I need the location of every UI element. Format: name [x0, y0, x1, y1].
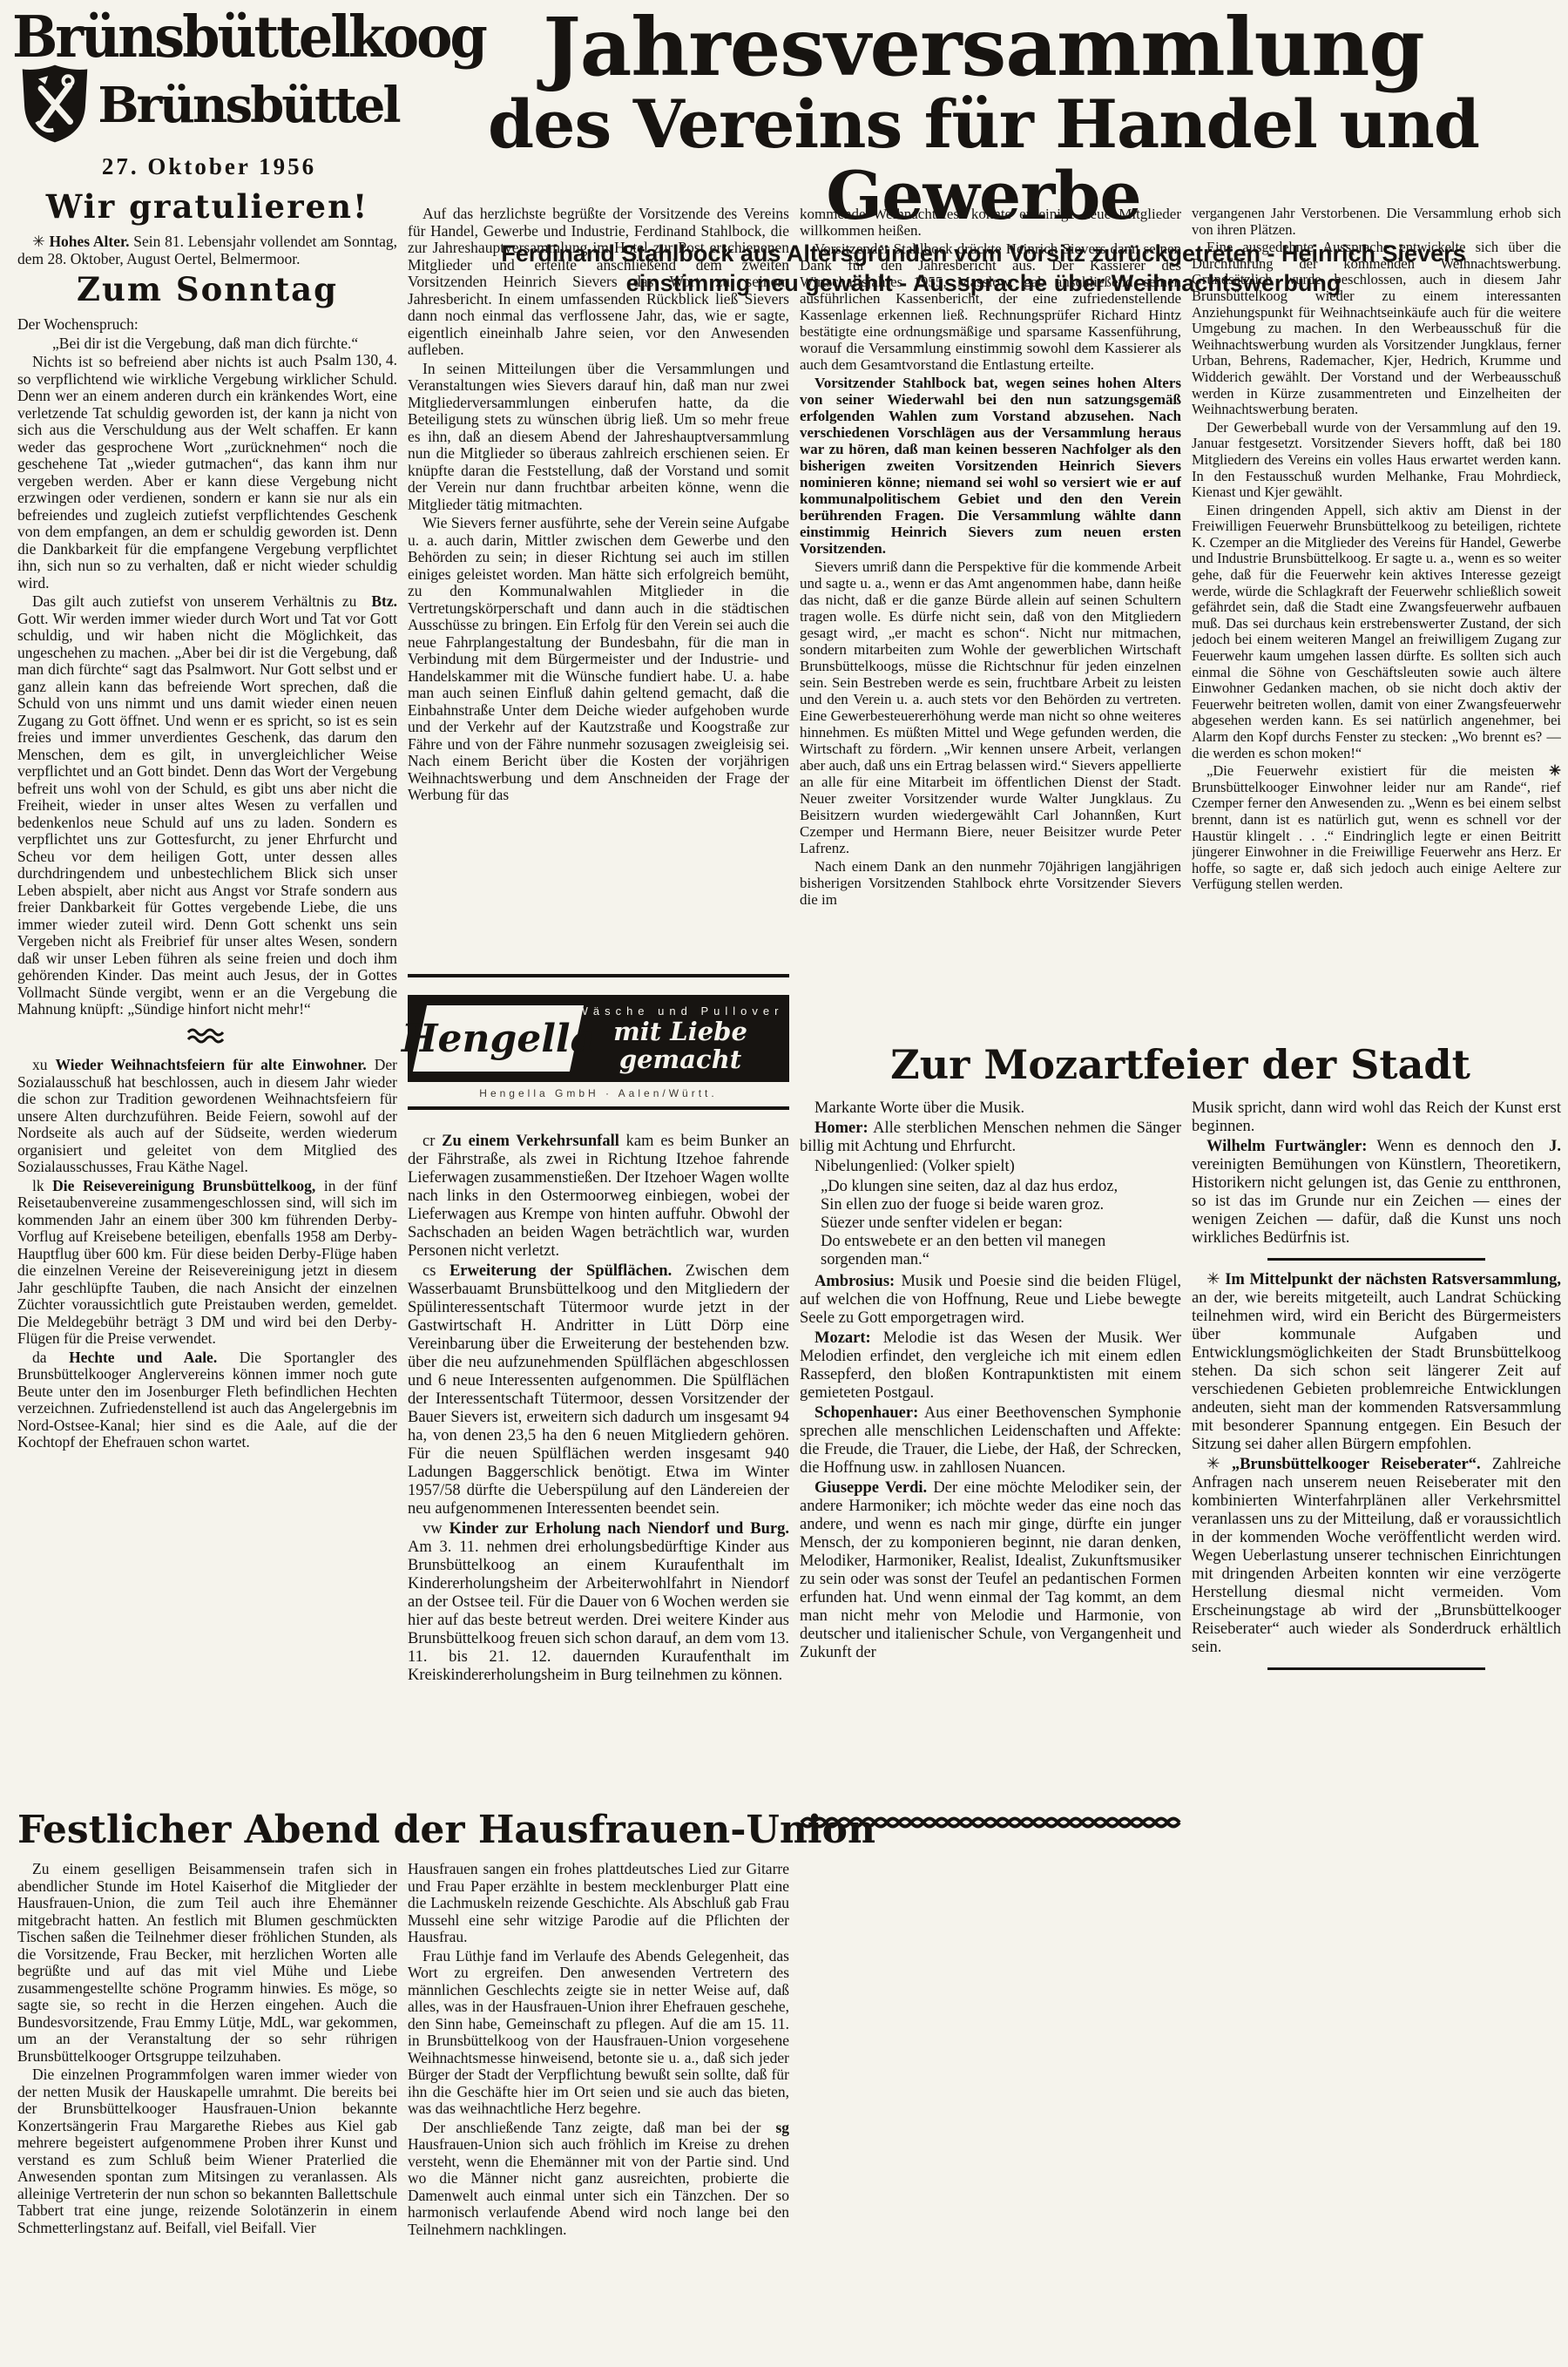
paragraph: Sievers umriß dann die Perspektive für d…: [800, 558, 1181, 856]
paragraph: Einen dringenden Appell, sich aktiv am D…: [1192, 503, 1561, 762]
short-rule: [1267, 1258, 1485, 1261]
paragraph-text: Frau Lüthje fand im Verlaufe des Abends …: [408, 1947, 789, 2118]
paragraph-text: Vorsitzender Stahlbock bat, wegen seines…: [800, 375, 1181, 557]
paragraph: Homer: Alle sterblichen Menschen nehmen …: [800, 1119, 1181, 1156]
item-marker-icon: xu: [32, 1056, 48, 1073]
paragraph: In seinen Mitteilungen über die Versamml…: [408, 361, 789, 514]
paragraph: Frau Lüthje fand im Verlaufe des Abends …: [408, 1948, 789, 2118]
verse-line: Do entswebete er an den betten vil maneg…: [821, 1233, 1181, 1251]
item-lead: „Brunsbüttelkooger Reiseberater“.: [1232, 1456, 1481, 1473]
paragraph-text: vergangenen Jahr Verstorbenen. Die Versa…: [1192, 206, 1561, 238]
paragraph-text: Hausfrauen sangen ein frohes plattdeutsc…: [408, 1861, 789, 1945]
paragraph-text: Der anschließende Tanz zeigte, daß man b…: [408, 2119, 789, 2238]
paragraph: da Hechte und Aale. Die Sportangler des …: [17, 1349, 397, 1451]
paragraph: Vorsitzender Stahlbock drückte Heinrich …: [800, 240, 1181, 373]
paragraph: Auf das herzlichste begrüßte der Vorsitz…: [408, 206, 789, 359]
paragraph: cs Erweiterung der Spülflächen. Zwischen…: [408, 1262, 789, 1518]
paragraph: ✳„Die Feuerwehr existiert für die meiste…: [1192, 763, 1561, 893]
paragraph-text: Auf das herzlichste begrüßte der Vorsitz…: [408, 206, 789, 358]
paragraph: xu Wieder Weihnachtsfeiern für alte Einw…: [17, 1057, 397, 1176]
verse-line: Sin ellen zuo der fuoge si beide waren g…: [821, 1196, 1181, 1214]
paragraph: Eine ausgedehnte Aussprache entwickelte …: [1192, 240, 1561, 418]
ad-imprint: Hengella GmbH · Aalen/Württ.: [408, 1087, 789, 1099]
item-marker-icon: ✳: [1206, 1456, 1220, 1473]
paragraph-text: Zwischen dem Wasserbauamt Brunsbüttelkoo…: [408, 1262, 789, 1518]
bottom-section-heading: Festlicher Abend der Hausfrauen-Union: [17, 1809, 789, 1852]
verse-line: „Do klungen sine seiten, daz al daz hus …: [821, 1178, 1181, 1196]
ad-box: Hengella Wäsche und Pullover mit Liebe g…: [408, 995, 789, 1082]
paragraph-text: Das gilt auch zutiefst von unserem Verhä…: [17, 592, 397, 1018]
item-lead: Hohes Alter.: [49, 233, 129, 250]
paragraph: Nach einem Dank an den nunmehr 70jährige…: [800, 858, 1181, 908]
quote-attribution: Psalm 130, 4.: [308, 352, 397, 369]
paragraph-text: in der fünf Reisetaubenvereine zusammeng…: [17, 1177, 397, 1348]
paragraph: Ambrosius: Musik und Poesie sind die bei…: [800, 1273, 1181, 1328]
signature: ✳: [1534, 763, 1561, 780]
column-3-upper: kommende Weihnachtsfest konnte er einige…: [800, 206, 1181, 1044]
paragraph-text: Nach einem Dank an den nunmehr 70jährige…: [800, 858, 1181, 908]
paragraph: Giuseppe Verdi. Der eine möchte Melodike…: [800, 1479, 1181, 1662]
paragraph: Der Wochenspruch:: [17, 316, 397, 334]
masthead-title-line2: Brünsbüttel: [98, 77, 398, 134]
paragraph: vergangenen Jahr Verstorbenen. Die Versa…: [1192, 206, 1561, 238]
bottom-column-left: Zu einem geselligen Beisammensein trafen…: [17, 1861, 397, 2364]
column-heading: Wir gratulieren!: [17, 188, 397, 225]
item-marker-icon: ✳: [1206, 1271, 1220, 1288]
paragraph: Hausfrauen sangen ein frohes plattdeutsc…: [408, 1861, 789, 1946]
masthead-title-line1: Brünsbüttelkoog: [12, 9, 406, 65]
item-lead: Die Reisevereinigung Brunsbüttelkoog,: [52, 1177, 315, 1194]
item-lead: Giuseppe Verdi.: [814, 1479, 927, 1497]
column-2-upper: Auf das herzlichste begrüßte der Vorsitz…: [408, 206, 789, 979]
item-lead: Wilhelm Furtwängler:: [1206, 1138, 1367, 1155]
paragraph-text: Zu einem geselligen Beisammensein trafen…: [17, 1861, 397, 2065]
paragraph: lk Die Reisevereinigung Brunsbüttelkoog,…: [17, 1178, 397, 1348]
paragraph-text: Sievers umriß dann die Perspektive für d…: [800, 558, 1181, 856]
ad-brand-panel: Hengella: [413, 1005, 584, 1072]
signature: Btz.: [356, 593, 397, 611]
column-4-upper: vergangenen Jahr Verstorbenen. Die Versa…: [1192, 206, 1561, 1042]
paragraph: Musik spricht, dann wird wohl das Reich …: [1192, 1099, 1561, 1136]
item-lead: Schopenhauer:: [814, 1404, 918, 1422]
signature: sg: [760, 2120, 789, 2137]
item-lead: Erweiterung der Spülflächen.: [449, 1262, 672, 1280]
verse-line: Süezer unde senfter videlen er began:: [821, 1214, 1181, 1233]
paragraph-text: Nibelungenlied: (Volker spielt): [814, 1158, 1015, 1175]
paragraph-text: Nichts ist so befreiend aber nichts ist …: [17, 353, 397, 592]
paragraph: Wilhelm Furtwängler: J.Wenn es dennoch d…: [1192, 1138, 1561, 1248]
quote-text: „Bei dir ist die Vergebung, daß man dich…: [52, 335, 358, 352]
ad-rule-top: [408, 974, 789, 977]
paragraph-text: Am 3. 11. nehmen drei erholungsbedürftig…: [408, 1539, 789, 1684]
newspaper-page: Brünsbüttelkoog Brünsbüttel 27. Oktober …: [0, 0, 1568, 2367]
verse-line: sorgenden man.“: [821, 1251, 1181, 1269]
masthead: Brünsbüttelkoog Brünsbüttel 27. Oktober …: [12, 10, 406, 185]
paragraph: ✳ „Brunsbüttelkooger Reiseberater“. Zahl…: [1192, 1456, 1561, 1657]
verse: „Do klungen sine seiten, daz al daz hus …: [821, 1178, 1181, 1269]
crest-anchor-spade-icon: [19, 64, 91, 148]
mozart-section-heading: Zur Mozartfeier der Stadt: [800, 1042, 1561, 1087]
paragraph: ✳ Hohes Alter. Sein 81. Lebensjahr volle…: [17, 233, 397, 267]
paragraph: Mozart: Melodie ist das Wesen der Musik.…: [800, 1329, 1181, 1403]
paragraph-text: Der Sozialausschuß hat beschlossen, auch…: [17, 1056, 397, 1175]
ad-brand: Hengella: [402, 1017, 595, 1061]
short-rule: [1267, 1667, 1485, 1670]
ad-rule-bottom: [408, 1106, 789, 1110]
scripture-quote: „Bei dir ist die Vergebung, daß man dich…: [17, 335, 397, 353]
item-marker-icon: vw: [422, 1520, 443, 1538]
paragraph-text: Der Gewerbeball wurde von der Versammlun…: [1192, 419, 1561, 500]
paragraph-text: kommende Weihnachtsfest konnte er einige…: [800, 206, 1181, 239]
item-lead: Mozart:: [814, 1329, 871, 1347]
item-lead: Kinder zur Erholung nach Niendorf und Bu…: [449, 1520, 789, 1538]
paragraph-text: Vorsitzender Stahlbock drückte Heinrich …: [800, 240, 1181, 373]
paragraph: Die einzelnen Programmfolgen waren immer…: [17, 2066, 397, 2236]
advertisement: Hengella Wäsche und Pullover mit Liebe g…: [408, 974, 789, 1110]
paragraph: Markante Worte über die Musik.: [800, 1099, 1181, 1118]
paragraph: ✳ Im Mittelpunkt der nächsten Ratsversam…: [1192, 1271, 1561, 1454]
paragraph: vw Kinder zur Erholung nach Niendorf und…: [408, 1520, 789, 1685]
paragraph-text: In seinen Mitteilungen über die Versamml…: [408, 360, 789, 513]
item-marker-icon: cr: [422, 1133, 435, 1150]
masthead-row: Brünsbüttel: [12, 68, 406, 143]
signature: J.: [1534, 1138, 1561, 1156]
paragraph-text: Der eine möchte Melodiker sein, der ande…: [800, 1479, 1181, 1661]
paragraph-text: kam es beim Bunker an der Fährstraße, al…: [408, 1133, 789, 1260]
paragraph-text: Wie Sievers ferner ausführte, sehe der V…: [408, 514, 789, 803]
paragraph-text: „Die Feuerwehr existiert für die meisten…: [1192, 762, 1561, 892]
item-lead: Homer:: [814, 1119, 868, 1137]
paragraph-text: Einen dringenden Appell, sich aktiv am D…: [1192, 502, 1561, 761]
item-marker-icon: cs: [422, 1262, 436, 1280]
column-3-lower: Markante Worte über die Musik.Homer: All…: [800, 1099, 1181, 1814]
paragraph: sgDer anschließende Tanz zeigte, daß man…: [408, 2120, 789, 2239]
paragraph-text: an der, wie bereits mitgeteilt, auch Lan…: [1192, 1289, 1561, 1453]
item-marker-icon: lk: [32, 1177, 44, 1194]
column-1: Wir gratulieren!✳ Hohes Alter. Sein 81. …: [17, 185, 397, 1821]
paragraph-text: Die einzelnen Programmfolgen waren immer…: [17, 2066, 397, 2236]
item-marker-icon: da: [32, 1349, 47, 1366]
issue-date: 27. Oktober 1956: [12, 153, 406, 180]
paragraph: cr Zu einem Verkehrsunfall kam es beim B…: [408, 1133, 789, 1261]
ad-taglines: Wäsche und Pullover mit Liebe gemacht: [577, 1004, 789, 1073]
squiggle-divider-icon: [17, 1027, 397, 1049]
column-heading: Zum Sonntag: [17, 271, 397, 308]
paragraph: Btz.Das gilt auch zutiefst von unserem V…: [17, 593, 397, 1018]
paragraph-text: Der Wochenspruch:: [17, 315, 139, 333]
bottom-column-right: Hausfrauen sangen ein frohes plattdeutsc…: [408, 1861, 789, 2364]
paragraph: Nichts ist so befreiend aber nichts ist …: [17, 354, 397, 592]
paragraph: Zu einem geselligen Beisammensein trafen…: [17, 1861, 397, 2065]
paragraph-text: Zahlreiche Anfragen nach unserem neuen R…: [1192, 1456, 1561, 1656]
ad-tagline-top: Wäsche und Pullover: [577, 1004, 784, 1018]
item-lead: Hechte und Aale.: [69, 1349, 217, 1366]
paragraph-text: Musik spricht, dann wird wohl das Reich …: [1192, 1099, 1561, 1135]
paragraph: Nibelungenlied: (Volker spielt): [800, 1158, 1181, 1176]
paragraph-text: Eine ausgedehnte Aussprache entwickelte …: [1192, 239, 1561, 417]
ad-tagline-script: mit Liebe gemacht: [577, 1018, 784, 1073]
item-lead: Wieder Weihnachtsfeiern für alte Einwohn…: [56, 1056, 367, 1073]
paragraph: Schopenhauer: Aus einer Beethovenschen S…: [800, 1404, 1181, 1478]
item-lead: Ambrosius:: [814, 1273, 895, 1290]
item-marker-icon: ✳: [32, 233, 45, 250]
column-4-lower: Musik spricht, dann wird wohl das Reich …: [1192, 1099, 1561, 1779]
paragraph: kommende Weihnachtsfest konnte er einige…: [800, 206, 1181, 239]
paragraph: Wie Sievers ferner ausführte, sehe der V…: [408, 515, 789, 804]
item-lead: Zu einem Verkehrsunfall: [442, 1133, 619, 1150]
paragraph-text: Markante Worte über die Musik.: [814, 1099, 1024, 1117]
paragraph: Der Gewerbeball wurde von der Versammlun…: [1192, 420, 1561, 501]
paragraph: Vorsitzender Stahlbock bat, wegen seines…: [800, 375, 1181, 557]
column-2-lower: cr Zu einem Verkehrsunfall kam es beim B…: [408, 1133, 789, 1819]
headline-line1: Jahresversammlung: [406, 5, 1561, 89]
item-lead: Im Mittelpunkt der nächsten Ratsversamml…: [1225, 1271, 1561, 1288]
